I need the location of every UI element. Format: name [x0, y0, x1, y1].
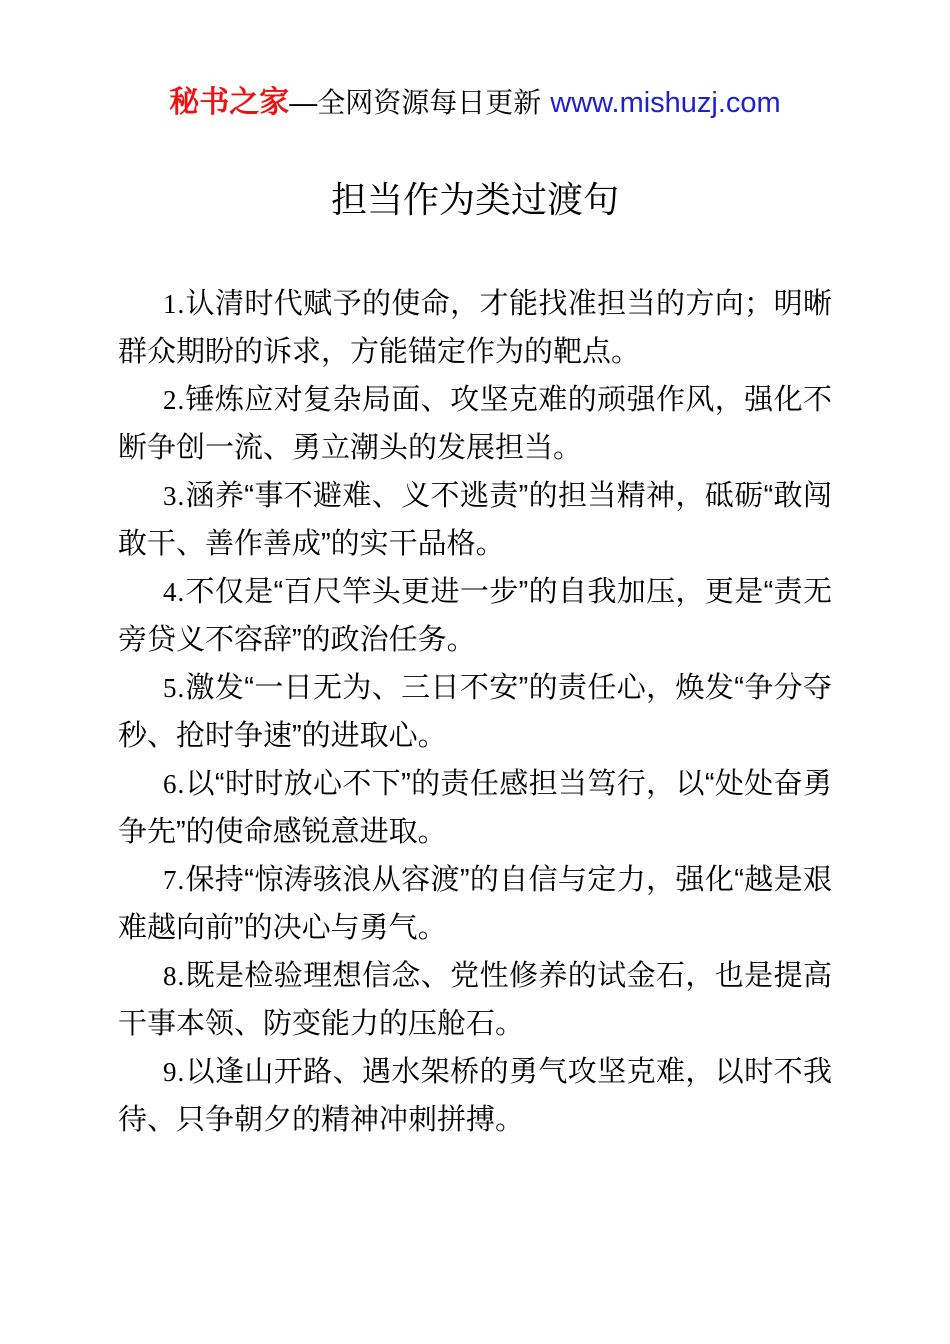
- paragraph-text: 激发“一日无为、三日不安”的责任心，焕发“争分夺秒、抢时争速”的进取心。: [118, 672, 832, 752]
- paragraph-7: 7.保持“惊涛骇浪从容渡”的自信与定力，强化“越是艰难越向前”的决心与勇气。: [118, 856, 832, 952]
- paragraph-5: 5.激发“一日无为、三日不安”的责任心，焕发“争分夺秒、抢时争速”的进取心。: [118, 664, 832, 760]
- site-header: 秘书之家—全网资源每日更新www.mishuzj.com: [118, 84, 832, 122]
- paragraph-text: 锤炼应对复杂局面、攻坚克难的顽强作风，强化不断争创一流、勇立潮头的发展担当。: [118, 384, 832, 464]
- brand-tagline: —全网资源每日更新: [289, 87, 541, 118]
- paragraph-number: 9.: [163, 1057, 185, 1087]
- paragraph-number: 3.: [163, 481, 185, 511]
- paragraph-number: 4.: [163, 577, 185, 607]
- paragraph-number: 2.: [163, 385, 185, 415]
- brand-name: 秘书之家: [169, 86, 289, 119]
- paragraph-4: 4.不仅是“百尺竿头更进一步”的自我加压，更是“责无旁贷义不容辞”的政治任务。: [118, 568, 832, 664]
- paragraph-text: 既是检验理想信念、党性修养的试金石，也是提高干事本领、防变能力的压舱石。: [118, 960, 832, 1040]
- paragraph-number: 1.: [163, 289, 185, 319]
- paragraph-number: 7.: [163, 865, 185, 895]
- page-title: 担当作为类过渡句: [118, 178, 832, 222]
- paragraph-text: 不仅是“百尺竿头更进一步”的自我加压，更是“责无旁贷义不容辞”的政治任务。: [118, 576, 832, 656]
- paragraph-text: 涵养“事不避难、义不逃责”的担当精神，砥砺“敢闯敢干、善作善成”的实干品格。: [118, 480, 832, 560]
- paragraph-number: 5.: [163, 673, 185, 703]
- paragraph-3: 3.涵养“事不避难、义不逃责”的担当精神，砥砺“敢闯敢干、善作善成”的实干品格。: [118, 472, 832, 568]
- paragraph-6: 6.以“时时放心不下”的责任感担当笃行，以“处处奋勇争先”的使命感锐意进取。: [118, 760, 832, 856]
- paragraph-9: 9.以逢山开路、遇水架桥的勇气攻坚克难，以时不我待、只争朝夕的精神冲刺拼搏。: [118, 1048, 832, 1144]
- site-url-link[interactable]: www.mishuzj.com: [550, 87, 780, 119]
- document-page: 秘书之家—全网资源每日更新www.mishuzj.com 担当作为类过渡句 1.…: [0, 0, 950, 1344]
- paragraph-text: 以逢山开路、遇水架桥的勇气攻坚克难，以时不我待、只争朝夕的精神冲刺拼搏。: [118, 1056, 832, 1136]
- paragraph-8: 8.既是检验理想信念、党性修养的试金石，也是提高干事本领、防变能力的压舱石。: [118, 952, 832, 1048]
- paragraph-number: 6.: [163, 769, 185, 799]
- paragraph-text: 以“时时放心不下”的责任感担当笃行，以“处处奋勇争先”的使命感锐意进取。: [118, 768, 832, 848]
- paragraph-2: 2.锤炼应对复杂局面、攻坚克难的顽强作风，强化不断争创一流、勇立潮头的发展担当。: [118, 376, 832, 472]
- paragraph-text: 保持“惊涛骇浪从容渡”的自信与定力，强化“越是艰难越向前”的决心与勇气。: [118, 864, 832, 944]
- paragraph-text: 认清时代赋予的使命，才能找准担当的方向；明晰群众期盼的诉求，方能锚定作为的靶点。: [118, 288, 832, 368]
- document-body: 1.认清时代赋予的使命，才能找准担当的方向；明晰群众期盼的诉求，方能锚定作为的靶…: [118, 280, 832, 1144]
- paragraph-number: 8.: [163, 961, 185, 991]
- paragraph-1: 1.认清时代赋予的使命，才能找准担当的方向；明晰群众期盼的诉求，方能锚定作为的靶…: [118, 280, 832, 376]
